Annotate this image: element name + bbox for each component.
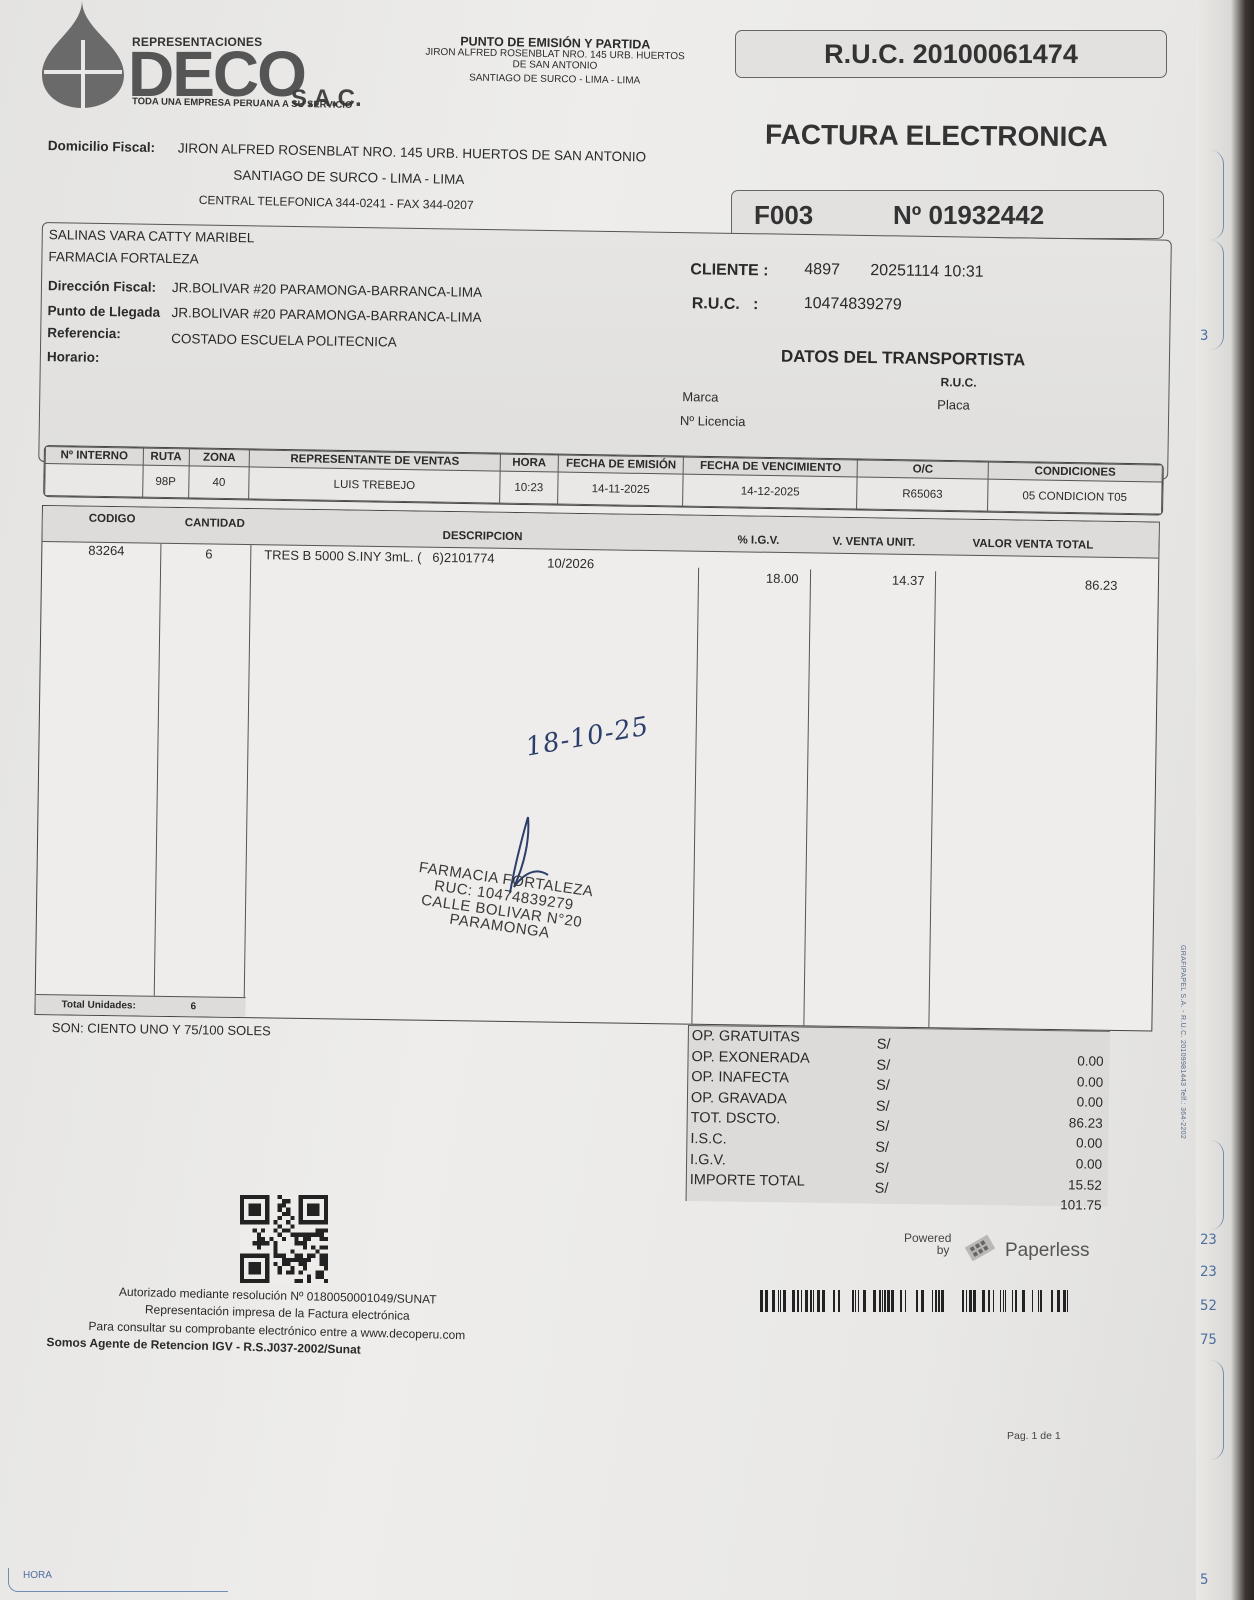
totals-value: 0.00 — [1062, 1072, 1104, 1093]
legal-text: Autorizado mediante resolución Nº 018005… — [46, 1282, 508, 1363]
client-ruc: 10474839279 — [804, 295, 902, 315]
printer-imprint: GRAFIPAPEL S.A. - R.U.C. 20109981443 Tel… — [1179, 945, 1186, 1139]
column-divider — [803, 569, 811, 1025]
header-igv-pct: % I.G.V. — [737, 534, 779, 547]
margin-number: 5 — [1200, 1572, 1208, 1588]
fiscal-address-line: JIRON ALFRED ROSENBLAT NRO. 145 URB. HUE… — [178, 140, 647, 164]
client-fiscal-address: JR.BOLIVAR #20 PARAMONGA-BARRANCA-LIMA — [172, 280, 482, 300]
item-total: 86.23 — [1085, 577, 1118, 592]
totals-value: 101.75 — [1060, 1195, 1102, 1216]
header-unit-price: V. VENTA UNIT. — [832, 536, 915, 549]
water-drop-icon — [42, 0, 124, 110]
carrier-ruc-label: R.U.C. — [940, 375, 976, 390]
totals-values: 0.000.000.0086.230.000.0015.52101.75 — [1060, 1051, 1104, 1216]
item-unit-price: 14.37 — [892, 573, 925, 588]
totals-value: 0.00 — [1062, 1092, 1104, 1113]
order-info-value: 40 — [188, 466, 249, 499]
emission-point: PUNTO DE EMISIÓN Y PARTIDA JIRON ALFRED … — [395, 34, 716, 88]
carrier-plate-label: Placa — [937, 397, 970, 413]
order-info-value: LUIS TREBEJO — [249, 467, 500, 503]
totals-label: TOT. DSCTO. — [691, 1110, 781, 1127]
margin-bracket — [1202, 150, 1224, 240]
carrier-title: DATOS DEL TRANSPORTISTA — [781, 347, 1026, 370]
column-divider — [691, 568, 699, 1024]
column-divider — [154, 544, 162, 996]
page-indicator: Pag. 1 de 1 — [1007, 1430, 1061, 1442]
paperless-logo-icon — [963, 1234, 997, 1262]
arrival-label: Punto de Llegada — [47, 303, 160, 320]
totals-label: OP. GRATUITAS — [692, 1028, 800, 1046]
column-divider — [928, 571, 936, 1027]
totals-label: I.G.V. — [690, 1152, 726, 1168]
totals-label: IMPORTE TOTAL — [690, 1172, 805, 1190]
total-units-label: Total Unidades: — [62, 999, 136, 1011]
order-info-header: O/C — [857, 460, 988, 479]
column-divider — [244, 545, 252, 997]
header-description: DESCRIPCION — [442, 530, 522, 543]
order-info-header: RUTA — [143, 448, 189, 466]
totals-value: 86.23 — [1061, 1113, 1103, 1134]
powered-by: Powered by — [904, 1232, 951, 1256]
carrier-license-label: Nº Licencia — [680, 413, 746, 429]
order-info-header: Nº INTERNO — [45, 447, 143, 466]
item-igv-pct: 18.00 — [766, 571, 799, 586]
header-code: CODIGO — [89, 513, 136, 526]
totals-label: I.S.C. — [690, 1131, 726, 1148]
carrier-brand-label: Marca — [682, 389, 718, 405]
order-info-header: ZONA — [189, 449, 250, 467]
client-business: FARMACIA FORTALEZA — [48, 249, 198, 266]
reference-label: Referencia: — [47, 325, 121, 341]
client-code-label: CLIENTE : — [690, 261, 768, 279]
margin-number: 23 — [1200, 1232, 1217, 1248]
client-fiscal-address-label: Dirección Fiscal: — [48, 278, 156, 295]
schedule-label: Horario: — [47, 349, 100, 365]
document-series: F003 — [754, 200, 813, 231]
issuer-ruc-box: R.U.C. 20100061474 — [735, 30, 1167, 78]
currency-symbol: S/ — [875, 1181, 889, 1197]
totals-value: 0.00 — [1062, 1051, 1104, 1072]
fiscal-address-label: Domicilio Fiscal: — [48, 138, 156, 155]
amount-in-words: SON: CIENTO UNO Y 75/100 SOLES — [52, 1020, 271, 1038]
order-info-value: 10:23 — [499, 471, 558, 504]
order-info-value: R65063 — [857, 477, 988, 511]
margin-bracket — [1202, 1360, 1224, 1460]
reference-value: COSTADO ESCUELA POLITECNICA — [171, 331, 397, 350]
totals-label: OP. EXONERADA — [691, 1049, 809, 1067]
totals-value: 15.52 — [1060, 1175, 1102, 1196]
underlying-sheet-edge: 3 23 23 52 75 5 — [1196, 0, 1254, 1600]
totals-value: 0.00 — [1061, 1154, 1103, 1175]
client-info-box: SALINAS VARA CATTY MARIBEL FARMACIA FORT… — [38, 222, 1172, 480]
order-info-value: 05 CONDICION T05 — [987, 479, 1162, 514]
item-expiry: 10/2026 — [547, 556, 594, 572]
totals-label: OP. INAFECTA — [691, 1069, 789, 1086]
client-timestamp: 20251114 10:31 — [870, 262, 984, 282]
provider-name: Paperless — [1005, 1240, 1090, 1262]
by-label: by — [904, 1244, 951, 1256]
margin-number: 23 — [1200, 1264, 1217, 1280]
emission-point-line: SANTIAGO DE SURCO - LIMA - LIMA — [395, 72, 715, 88]
underlying-sheet-hora: HORA — [8, 1568, 228, 1592]
total-units-row: Total Unidades: 6 — [35, 994, 245, 1017]
barcode — [756, 1290, 1074, 1312]
document-number: Nº 01932442 — [893, 200, 1044, 231]
fiscal-address: Domicilio Fiscal: JIRON ALFRED ROSENBLAT… — [48, 138, 156, 155]
order-info-header: HORA — [500, 454, 559, 472]
order-info-header: FECHA DE EMISIÓN — [558, 455, 683, 474]
header-total: VALOR VENTA TOTAL — [972, 538, 1093, 552]
totals-value: 0.00 — [1061, 1134, 1103, 1155]
document-number-box: F003 Nº 01932442 — [731, 190, 1164, 239]
totals-label: OP. GRAVADA — [691, 1090, 787, 1107]
client-name: SALINAS VARA CATTY MARIBEL — [49, 227, 255, 245]
item-description: TRES B 5000 S.INY 3mL. ( 6)2101774 — [264, 547, 494, 565]
order-info-value: 98P — [143, 465, 189, 498]
client-code: 4897 — [804, 261, 840, 280]
totals-box: OP. GRATUITASS/OP. EXONERADAS/OP. INAFEC… — [686, 1025, 1110, 1207]
items-table: CODIGO CANTIDAD DESCRIPCION % I.G.V. V. … — [34, 505, 1159, 1032]
total-units: 6 — [190, 1001, 196, 1012]
arrival-address: JR.BOLIVAR #20 PARAMONGA-BARRANCA-LIMA — [171, 305, 481, 325]
qr-code — [240, 1195, 328, 1283]
fiscal-address-line: SANTIAGO DE SURCO - LIMA - LIMA — [233, 168, 464, 187]
order-info-value: 14-12-2025 — [683, 474, 858, 509]
margin-bracket — [1202, 1140, 1224, 1230]
header-qty: CANTIDAD — [185, 517, 245, 530]
margin-number: 75 — [1200, 1332, 1217, 1348]
margin-number: 52 — [1200, 1298, 1217, 1314]
item-qty: 6 — [205, 546, 212, 561]
phone-fax: CENTRAL TELEFONICA 344-0241 - FAX 344-02… — [199, 193, 474, 212]
item-code: 83264 — [88, 543, 124, 559]
client-ruc-label: R.U.C. : — [692, 295, 759, 313]
order-info-value: 14-11-2025 — [558, 472, 684, 506]
document-type: FACTURA ELECTRONICA — [765, 119, 1108, 153]
order-info-value — [45, 464, 143, 498]
margin-number: 3 — [1200, 328, 1208, 344]
